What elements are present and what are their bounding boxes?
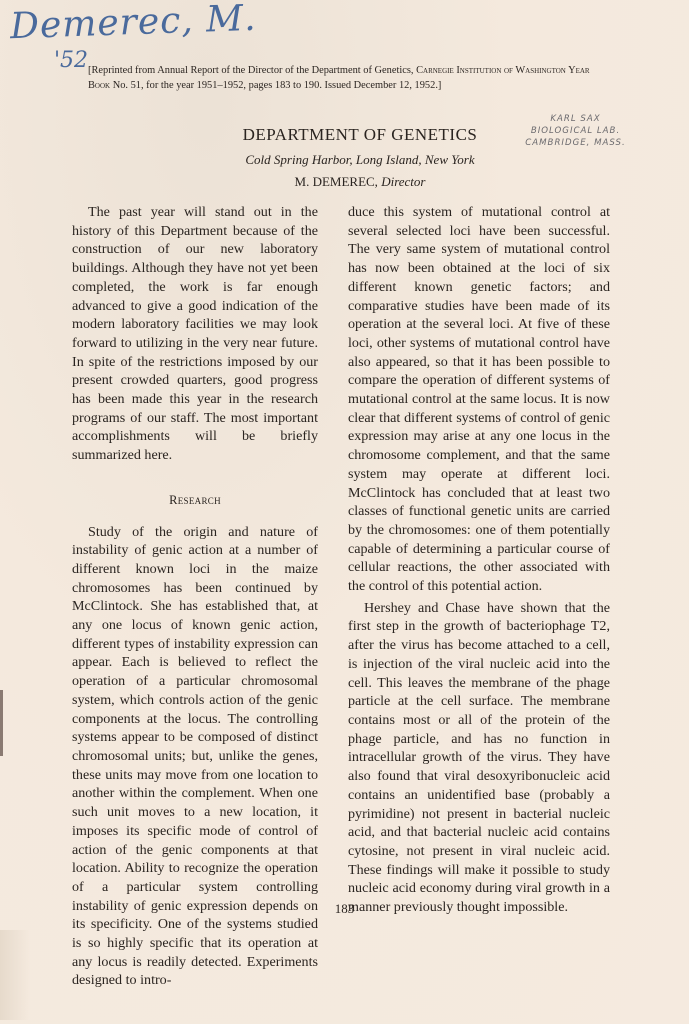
left-column: The past year will stand out in the hist… [72,203,318,990]
margin-mark [0,690,3,756]
library-stamp: KARL SAX BIOLOGICAL LAB. CAMBRIDGE, MASS… [508,113,643,149]
stamp-line: BIOLOGICAL LAB. [508,125,643,137]
location-subtitle: Cold Spring Harbor, Long Island, New Yor… [200,152,520,168]
page-title: DEPARTMENT OF GENETICS [200,125,520,145]
research-paragraph-1-continued: duce this system of mutational control a… [348,203,610,596]
paper-stain [0,930,30,1020]
stamp-line: CAMBRIDGE, MASS. [508,137,643,149]
director-line: M. DEMEREC, Director [200,174,520,190]
reprint-note: [Reprinted from Annual Report of the Dir… [88,63,608,93]
reprint-note-part1: [Reprinted from Annual Report of the Dir… [88,65,416,76]
section-heading-research: Research [72,491,318,510]
director-role: Director [381,174,425,189]
handwritten-year: '52 [54,48,88,73]
reprint-note-part2: No. 51, for the year 1951–1952, pages 18… [110,80,441,91]
research-paragraph-2: Hershey and Chase have shown that the fi… [348,599,610,917]
research-paragraph-1: Study of the origin and nature of instab… [72,523,318,991]
page-number: 183 [0,901,689,917]
right-column: duce this system of mutational control a… [348,203,610,917]
stamp-line: KARL SAX [508,113,643,125]
handwritten-author-name: Demerec, M. [9,0,257,47]
director-name: M. DEMEREC, [295,174,382,189]
intro-paragraph: The past year will stand out in the hist… [72,203,318,465]
